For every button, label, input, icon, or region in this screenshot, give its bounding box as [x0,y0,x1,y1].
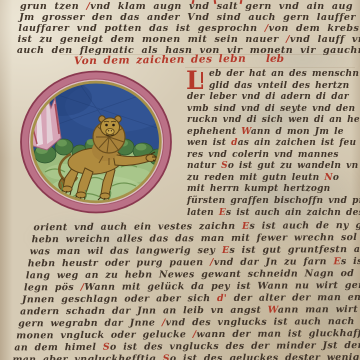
text-line: eb der hat an des menschn [209,69,359,81]
text-line: vmb sind vnd di seyte vnd den [187,104,359,116]
top-text-block: grun tzen ∕vnd klam augn vnd salt gern v… [18,2,360,56]
text-line: der leber vnd di adern di dar [187,92,359,104]
text-line: laten Es ist auch ain zaichn des [187,208,359,220]
folio-mark: leb [266,53,284,65]
text-line: ruckn vnd di sich wen di an hen [187,115,359,127]
main-text-block: orient vnd auch ein vestes zaichn Es ist… [20,220,360,360]
text-line: res vnd colerin vnd mannes [187,150,359,162]
ruling-line [185,67,355,68]
text-line: wen ist das ain zaichen ist feu [187,138,359,150]
text-line: mit herrn kumpt hertzogn [187,184,359,196]
lion-miniature [17,68,175,216]
text-line: fürsten graffen bischoffn vnd pre= [187,196,359,208]
text-line: natur So ist gut zu wandeln vn [187,161,359,173]
manuscript-page: grun tzen ∕vnd klam augn vnd salt gern v… [0,0,360,360]
text-line: ephehent Wann d mon Jm le [187,127,359,139]
right-text-column: eb der hat an des menschnglid das vnteil… [187,69,359,219]
chapter-heading: Von dem zaichen des lebn [74,53,246,67]
text-line: zu reden mit gutn leutn No [187,173,359,185]
text-line: glid das vnteil des hertzn [209,81,359,93]
